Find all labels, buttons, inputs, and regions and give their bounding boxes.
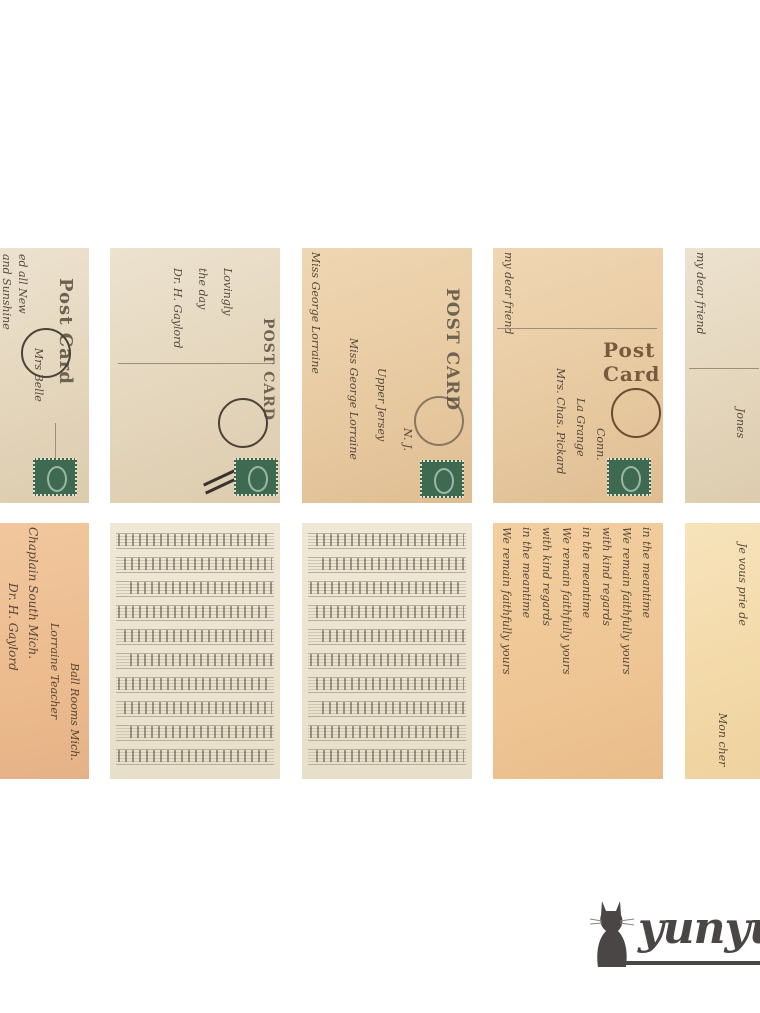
handwriting: We remain faithfully yours (559, 527, 574, 777)
handwriting: We remain faithfully yours (619, 527, 634, 777)
postcard-title: POST CARD (442, 288, 462, 411)
logo-text: yunyu (638, 903, 760, 954)
divider (689, 368, 759, 369)
stamp-icon (33, 458, 77, 496)
music-notes (118, 678, 272, 690)
music-notes (316, 750, 464, 762)
music-notes (322, 630, 464, 642)
music-notes (130, 582, 272, 594)
postmark-icon (414, 396, 464, 446)
music-notes (316, 606, 464, 618)
handwriting: Miss George Lorraine (308, 252, 323, 497)
postcard-3: Miss George Lorraine Miss George Lorrain… (302, 248, 472, 503)
handwriting: in the meantime (519, 527, 534, 777)
logo-underline (620, 961, 760, 965)
handwriting: with kind regards (599, 527, 614, 777)
music-notes (310, 654, 464, 666)
music-notes (124, 558, 272, 570)
music-notes (316, 678, 464, 690)
handwriting: Chaplain South Mich. (25, 527, 40, 767)
handwriting: Dr. H. Gaylord (170, 268, 185, 468)
handwriting: Mon cher (715, 713, 730, 773)
handwriting: Mrs. Chas. Pickard (553, 368, 568, 498)
music-notes (124, 630, 272, 642)
letter-1: We remain faithfully yours in the meanti… (493, 523, 663, 779)
watermark: · · · · (270, 203, 500, 211)
postcard-4: my dear friend Mrs. Chas. Pickard La Gra… (493, 248, 663, 503)
postcard-title: Post Card (603, 338, 663, 386)
handwriting: with kind regards (539, 527, 554, 777)
postcard-1: and Sunshine ed all New Mrs Belle Post C… (0, 248, 89, 503)
music-notes (130, 654, 272, 666)
handwriting: Miss George Lorraine (346, 338, 361, 488)
handwriting: my dear friend (501, 252, 516, 322)
handwriting: in the meantime (579, 527, 594, 777)
music-notes (118, 750, 272, 762)
postmark-icon (21, 328, 71, 378)
brand-logo: yunyu (590, 893, 760, 973)
music-sheet-2 (302, 523, 472, 779)
stamp-icon (234, 458, 278, 496)
handwriting: my dear friend (693, 252, 708, 362)
handwriting: and Sunshine (0, 254, 14, 494)
music-notes (316, 534, 464, 546)
handwriting: the day (195, 268, 210, 468)
music-notes (322, 558, 464, 570)
music-notes (118, 534, 272, 546)
music-notes (322, 702, 464, 714)
handwriting: Dr. H. Gaylord (5, 583, 20, 773)
letter-2: Je vous prie de Mon cher (685, 523, 760, 779)
postcard-title: POST CARD (260, 318, 276, 421)
postcard-5: my dear friend Jones (685, 248, 760, 503)
handwriting: N. J. (400, 428, 415, 488)
music-sheet-1 (110, 523, 280, 779)
postmark-icon (611, 388, 661, 438)
handwriting: Lorraine Teacher (47, 623, 62, 773)
music-notes (130, 726, 272, 738)
handwriting: ed all New (15, 254, 30, 494)
music-notes (124, 702, 272, 714)
cat-icon (590, 893, 636, 971)
handwriting: in the meantime (639, 527, 654, 777)
stamp-icon (607, 458, 651, 496)
handwriting: La Grange (573, 398, 588, 498)
stamp-icon (420, 460, 464, 498)
handwriting: Ball Rooms Mich. (67, 663, 82, 773)
handwriting: Je vous prie de (735, 543, 750, 773)
handwriting: Conn. (593, 428, 608, 498)
music-notes (310, 726, 464, 738)
music-notes (118, 606, 272, 618)
music-notes (310, 582, 464, 594)
postmark-icon (218, 398, 268, 448)
divider (497, 328, 657, 329)
postcard-2: Dr. H. Gaylord the day Lovingly POST CAR… (110, 248, 280, 503)
handwriting: Jones (733, 408, 748, 498)
handwriting: We remain faithfully yours (499, 527, 514, 777)
handwriting: Upper Jersey (374, 368, 389, 488)
envelope-1: Dr. H. Gaylord Chaplain South Mich. Lorr… (0, 523, 89, 779)
